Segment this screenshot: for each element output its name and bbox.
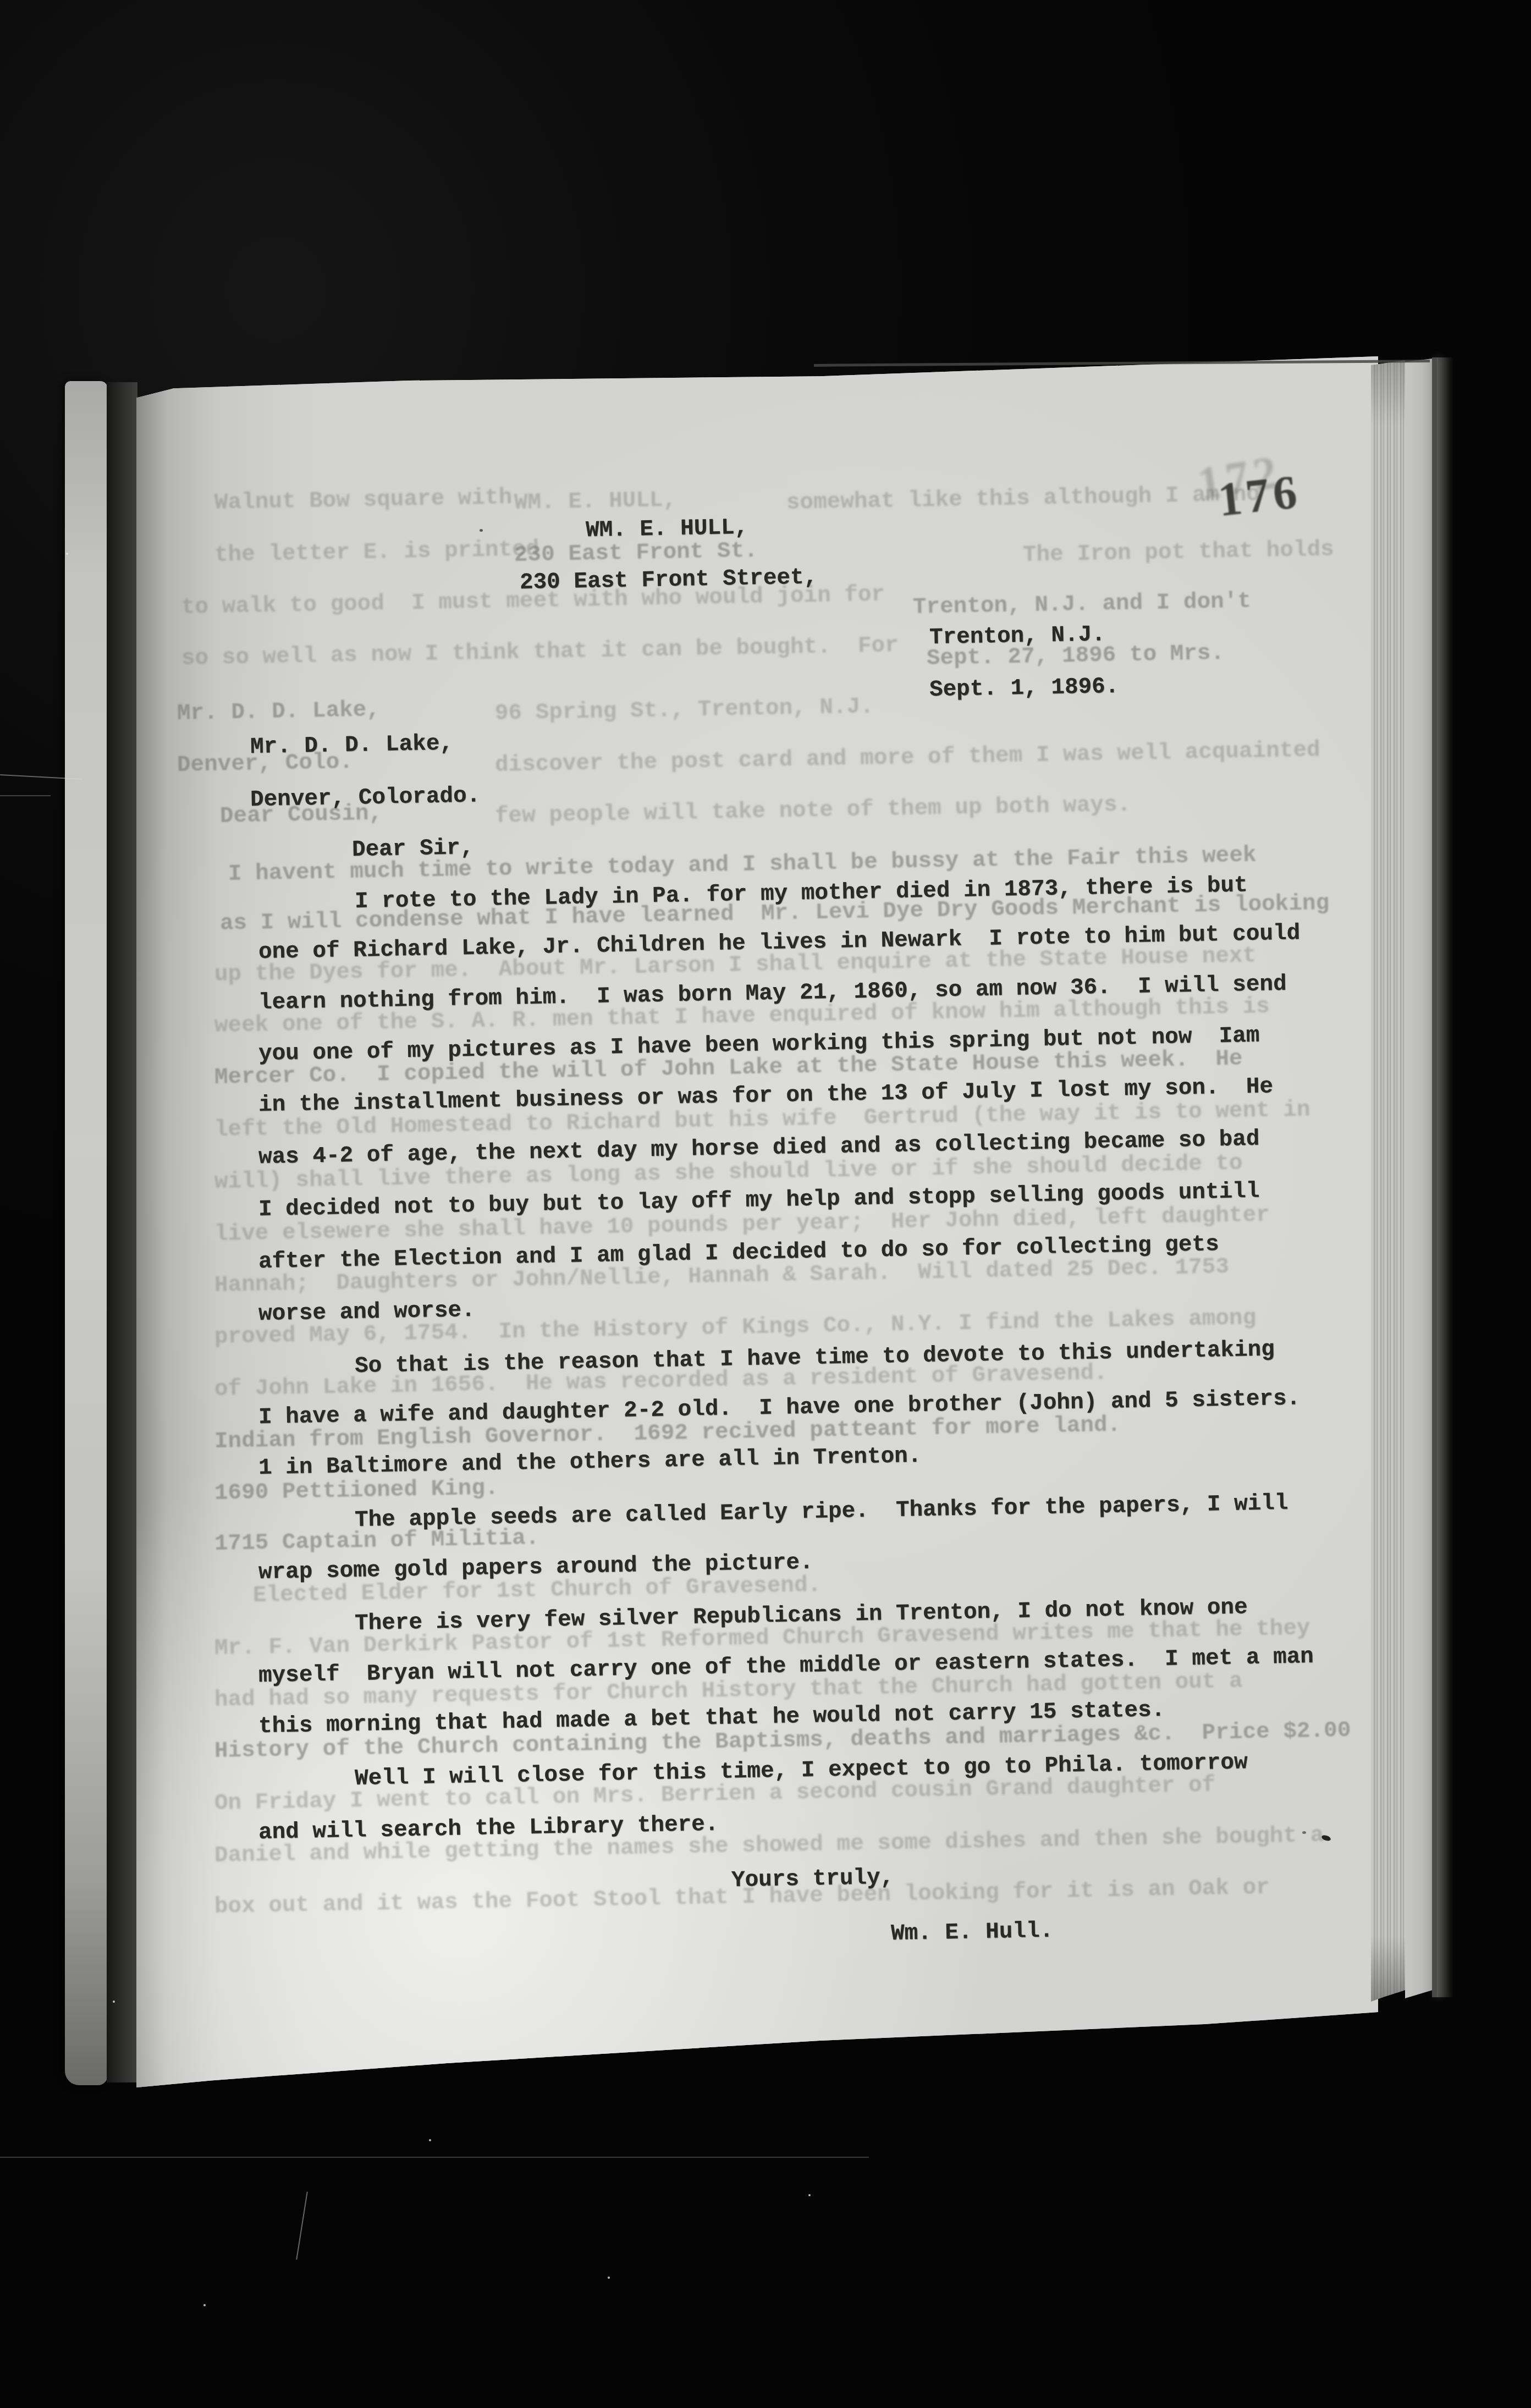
ink-speck — [480, 529, 483, 532]
dateline-date: Sept. 1, 1896. — [929, 676, 1119, 702]
letterhead-address: 230 East Front Street, — [520, 566, 818, 594]
film-speck — [203, 2304, 206, 2306]
body-line: worse and worse. — [258, 1299, 475, 1326]
recipient-name: Mr. D. D. Lake, — [250, 732, 454, 759]
bleedthrough-line: Walnut Bow square with — [214, 487, 513, 515]
page-edge-outer-band — [1405, 359, 1433, 1998]
bleedthrough-line: The Iron pot that holds — [1023, 539, 1335, 567]
film-scratch — [0, 795, 51, 796]
closing: Yours truly, — [731, 1867, 894, 1892]
previous-page-edge — [65, 381, 108, 2085]
bleedthrough-line: Mr. D. D. Lake, — [177, 699, 381, 725]
film-speck — [608, 2277, 610, 2279]
film-scratch — [0, 2157, 869, 2158]
letterhead-name: WM. E. HULL, — [586, 517, 748, 542]
bleedthrough-line: 1690 Pettiioned King. — [214, 1478, 499, 1505]
photo-background: Walnut Bow square with WM. E. HULL, some… — [0, 0, 1531, 2408]
salutation: Dear Sir, — [352, 837, 474, 862]
film-scratch — [296, 2192, 308, 2260]
film-speck — [429, 2139, 431, 2141]
bleedthrough-line: WM. E. HULL, — [514, 489, 677, 515]
dateline-city: Trenton, N.J. — [929, 624, 1106, 649]
film-speck — [66, 553, 68, 555]
book-gutter-shadow — [107, 382, 137, 2082]
signature: Wm. E. Hull. — [891, 1920, 1054, 1946]
bleedthrough-line: Trenton, N.J. and I don't — [913, 591, 1252, 619]
bleedthrough-line: the letter E. is printed — [214, 538, 539, 567]
page-number: 176 — [1216, 467, 1303, 523]
ink-blot — [1302, 1831, 1306, 1834]
film-speck — [113, 2001, 115, 2003]
film-speck — [808, 2194, 811, 2196]
page-edge-stack — [1371, 360, 1405, 2002]
bleedthrough-line: 230 East Front St. — [514, 540, 758, 567]
recipient-city: Denver, Colorado. — [250, 785, 481, 812]
edge-shadow-fade — [1437, 357, 1453, 1997]
